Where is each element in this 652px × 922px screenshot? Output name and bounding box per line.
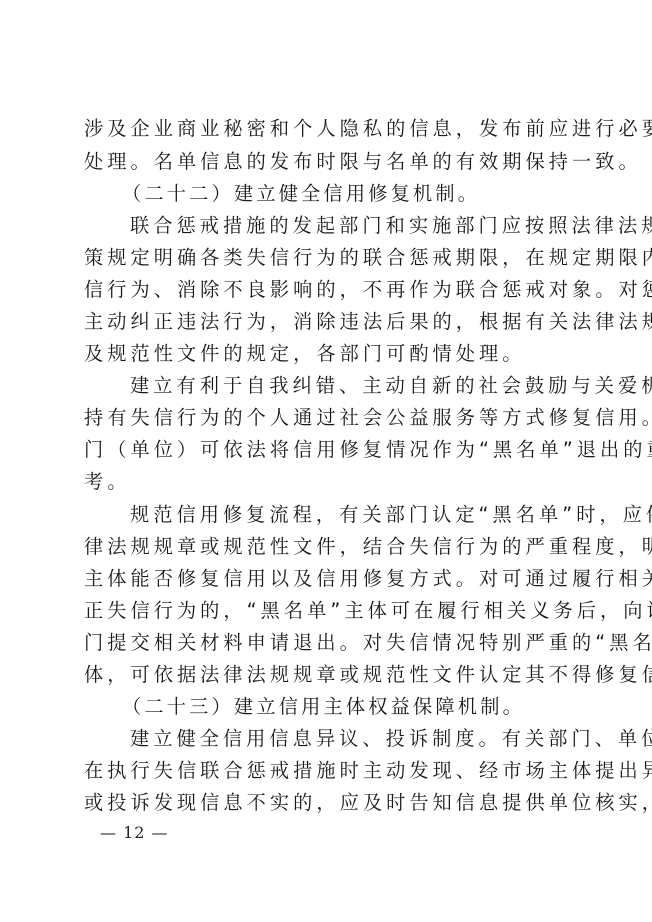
body-text-line: 或投诉发现信息不实的，应及时告知信息提供单位核实，信息提 [84,791,574,815]
body-text-line: 涉及企业商业秘密和个人隐私的信息，发布前应进行必要的技术 [84,117,574,141]
body-text-line: 持有失信行为的个人通过社会公益服务等方式修复信用。认定部 [84,406,574,430]
body-text-line: 及规范性文件的规定，各部门可酌情处理。 [84,342,574,366]
body-text-line: 律法规规章或规范性文件，结合失信行为的严重程度，明确相关 [84,535,574,559]
body-text-line: 门（单位）可依法将信用修复情况作为“黑名单”退出的重要参 [84,438,574,462]
body-text-line: 主体能否修复信用以及信用修复方式。对可通过履行相关义务纠 [84,567,574,591]
page-number: — 12 — [100,822,169,844]
section-heading-22: （二十二）建立健全信用修复机制。 [122,182,612,206]
body-text-line: 主动纠正违法行为，消除违法后果的，根据有关法律法规、规章 [84,310,574,334]
section-heading-23: （二十三）建立信用主体权益保障机制。 [122,695,612,719]
body-text-line: 联合惩戒措施的发起部门和实施部门应按照法律法规和政 [130,214,620,238]
body-text-line: 处理。名单信息的发布时限与名单的有效期保持一致。 [84,150,574,174]
body-text-line: 门提交相关材料申请退出。对失信情况特别严重的“黑名单”主 [84,631,574,655]
body-text-line: 建立有利于自我纠错、主动自新的社会鼓励与关爱机制，支 [130,374,620,398]
body-text-line: 建立健全信用信息异议、投诉制度。有关部门、单位和个人 [130,727,620,751]
body-text-line: 正失信行为的，“黑名单”主体可在履行相关义务后，向认定部 [84,599,574,623]
document-page: 涉及企业商业秘密和个人隐私的信息，发布前应进行必要的技术 处理。名单信息的发布时… [0,0,652,922]
body-text-line: 在执行失信联合惩戒措施时主动发现、经市场主体提出异议申请 [84,759,574,783]
body-text-line: 信行为、消除不良影响的，不再作为联合惩戒对象。对惩戒对象 [84,278,574,302]
body-text-line: 考。 [84,470,574,494]
body-text-line: 策规定明确各类失信行为的联合惩戒期限，在规定期限内纠正失 [84,246,574,270]
body-text-line: 体，可依据法律法规规章或规范性文件认定其不得修复信用。 [84,663,574,687]
body-text-line: 规范信用修复流程，有关部门认定“黑名单”时，应依据法 [130,503,620,527]
